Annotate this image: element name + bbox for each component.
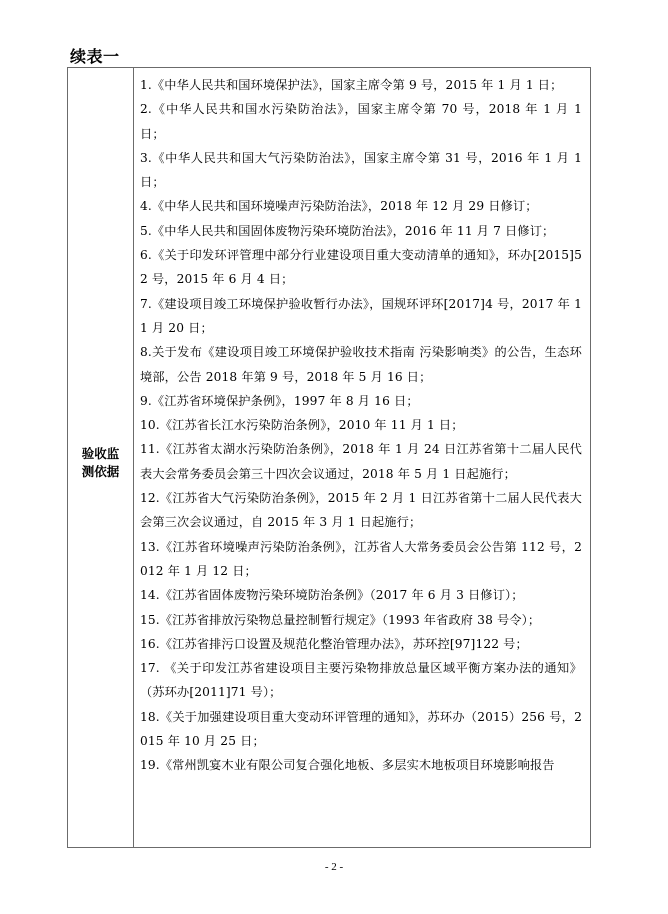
list-item: 15.《江苏省排放污染物总量控制暂行规定》（1993 年省政府 38 号令）； xyxy=(140,608,582,632)
list-item: 7.《建设项目竣工环境保护验收暂行办法》，国规环评环[2017]4 号，2017… xyxy=(140,292,582,341)
list-item: 19.《常州凯宴木业有限公司复合强化地板、多层实木地板项目环境影响报告 xyxy=(140,753,582,777)
row-label: 验收监测依据 xyxy=(80,445,122,481)
list-item: 1.《中华人民共和国环境保护法》，国家主席令第 9 号，2015 年 1 月 1… xyxy=(140,73,582,97)
row-label-cell: 验收监测依据 xyxy=(68,68,134,847)
list-item: 3.《中华人民共和国大气污染防治法》，国家主席令第 31 号，2016 年 1 … xyxy=(140,146,582,195)
list-item: 11.《江苏省太湖水污染防治条例》，2018 年 1 月 24 日江苏省第十二届… xyxy=(140,437,582,486)
acceptance-basis-table: 验收监测依据 1.《中华人民共和国环境保护法》，国家主席令第 9 号，2015 … xyxy=(67,67,591,848)
list-item: 2.《中华人民共和国水污染防治法》，国家主席令第 70 号，2018 年 1 月… xyxy=(140,97,582,146)
list-item: 13.《江苏省环境噪声污染防治条例》，江苏省人大常务委员会公告第 112 号，2… xyxy=(140,535,582,584)
list-item: 16.《江苏省排污口设置及规范化整治管理办法》，苏环控[97]122 号； xyxy=(140,632,582,656)
list-item: 4.《中华人民共和国环境噪声污染防治法》，2018 年 12 月 29 日修订； xyxy=(140,194,582,218)
list-item: 6.《关于印发环评管理中部分行业建设项目重大变动清单的通知》，环办[2015]5… xyxy=(140,243,582,292)
list-item: 17. 《关于印发江苏省建设项目主要污染物排放总量区域平衡方案办法的通知》（苏环… xyxy=(140,656,582,705)
list-item: 14.《江苏省固体废物污染环境防治条例》（2017 年 6 月 3 日修订）； xyxy=(140,583,582,607)
list-item: 12.《江苏省大气污染防治条例》，2015 年 2 月 1 日江苏省第十二届人民… xyxy=(140,486,582,535)
basis-list: 1.《中华人民共和国环境保护法》，国家主席令第 9 号，2015 年 1 月 1… xyxy=(134,68,590,847)
list-item: 5.《中华人民共和国固体废物污染环境防治法》，2016 年 11 月 7 日修订… xyxy=(140,219,582,243)
list-item: 9.《江苏省环境保护条例》，1997 年 8 月 16 日； xyxy=(140,389,582,413)
list-item: 18.《关于加强建设项目重大变动环评管理的通知》，苏环办（2015）256 号，… xyxy=(140,705,582,754)
list-item: 10.《江苏省长江水污染防治条例》，2010 年 11 月 1 日； xyxy=(140,413,582,437)
list-item: 8.关于发布《建设项目竣工环境保护验收技术指南 污染影响类》的公告，生态环境部，… xyxy=(140,340,582,389)
page-number: - 2 - xyxy=(0,861,668,873)
section-title: 续表一 xyxy=(70,44,120,67)
